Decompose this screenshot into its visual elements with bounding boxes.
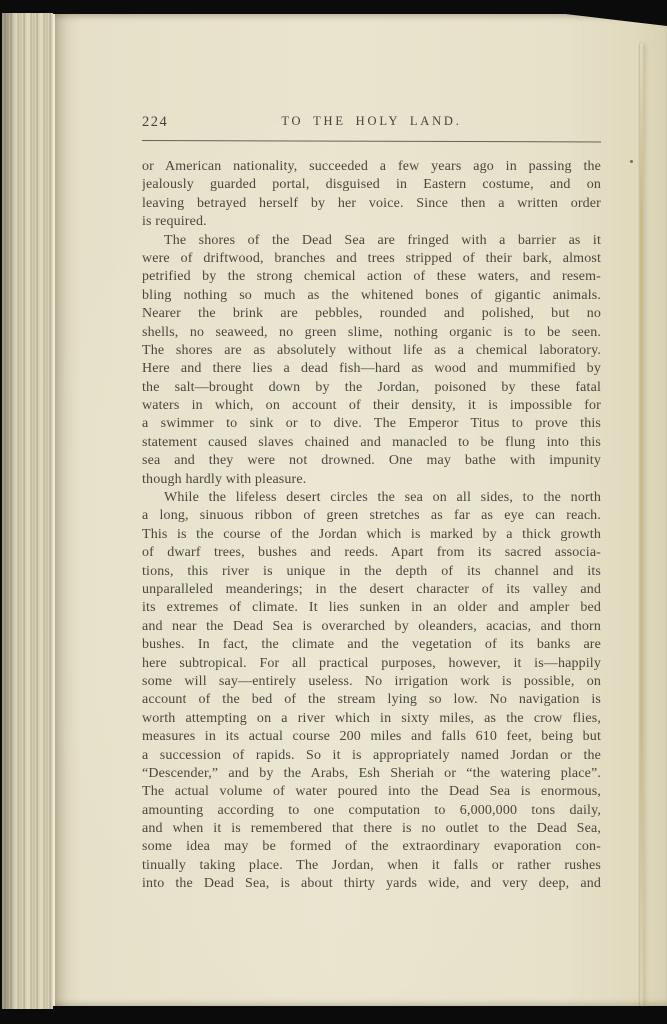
book-page: 224 TO THE HOLY LAND. or American nation… — [53, 14, 667, 1006]
text-line: The actual volume of water poured into t… — [142, 783, 601, 801]
page-number: 224 — [142, 114, 168, 131]
paragraph: or American nationality, succeeded a few… — [142, 158, 601, 232]
text-line: leaving betrayed herself by her voice. S… — [142, 195, 601, 213]
text-line: This is the course of the Jordan which i… — [142, 526, 601, 544]
text-line: Nearer the brink are pebbles, rounded an… — [142, 305, 601, 323]
text-line: a long, sinuous ribbon of green stretche… — [142, 507, 601, 525]
text-line: of dwarf trees, bushes and reeds. Apart … — [142, 544, 601, 562]
text-line: tions, this river is unique in the depth… — [142, 563, 601, 581]
text-line: here subtropical. For all practical purp… — [142, 655, 601, 673]
text-line: a succession of rapids. So it is appropr… — [142, 747, 601, 765]
text-line: some idea may be formed of the extraordi… — [142, 838, 601, 856]
paragraph: While the lifeless desert circles the se… — [142, 489, 601, 894]
text-line: Here and there lies a dead fish—hard as … — [142, 360, 601, 378]
text-line: waters in which, on account of their den… — [142, 397, 601, 415]
header-rule — [142, 140, 601, 142]
page-body: or American nationality, succeeded a few… — [142, 158, 601, 894]
text-line: “Descender,” and by the Arabs, Esh Sheri… — [142, 765, 601, 783]
page-edge-stack — [2, 13, 53, 1009]
text-line: some will say—entirely useless. No irrig… — [142, 673, 601, 691]
text-line: is required. — [142, 213, 601, 231]
text-line: bushes. In fact, the climate and the veg… — [142, 636, 601, 654]
text-line: shells, no seaweed, no green slime, noth… — [142, 324, 601, 342]
text-line: were of driftwood, branches and trees st… — [142, 250, 601, 268]
text-line: worth attempting on a river which in six… — [142, 710, 601, 728]
text-line: petrified by the strong chemical action … — [142, 268, 601, 286]
text-line: jealously guarded portal, disguised in E… — [142, 176, 601, 194]
book-scan: 224 TO THE HOLY LAND. or American nation… — [0, 0, 667, 1024]
text-line: sea and they were not drowned. One may b… — [142, 452, 601, 470]
text-line: measures in its actual course 200 miles … — [142, 728, 601, 746]
running-title: TO THE HOLY LAND. — [142, 114, 601, 129]
text-line: though hardly with pleasure. — [142, 471, 601, 489]
text-line: and near the Dead Sea is overarched by o… — [142, 618, 601, 636]
text-line: unparalleled meanderings; in the desert … — [142, 581, 601, 599]
text-line: The shores of the Dead Sea are fringed w… — [142, 232, 601, 250]
text-line: its extremes of climate. It lies sunken … — [142, 599, 601, 617]
page-header: 224 TO THE HOLY LAND. — [142, 114, 601, 130]
text-line: statement caused slaves chained and mana… — [142, 434, 601, 452]
text-line: or American nationality, succeeded a few… — [142, 158, 601, 176]
paragraph: The shores of the Dead Sea are fringed w… — [142, 232, 601, 489]
text-line: and when it is remembered that there is … — [142, 820, 601, 838]
text-line: the salt—brought down by the Jordan, poi… — [142, 379, 601, 397]
text-line: The shores are as absolutely without lif… — [142, 342, 601, 360]
text-line: account of the bed of the stream lying s… — [142, 691, 601, 709]
text-line: amounting according to one computation t… — [142, 802, 601, 820]
text-line: a swimmer to sink or to dive. The Empero… — [142, 415, 601, 433]
text-line: into the Dead Sea, is about thirty yards… — [142, 875, 601, 893]
page-content: 224 TO THE HOLY LAND. or American nation… — [55, 14, 667, 1006]
text-line: bling nothing so much as the whitened bo… — [142, 287, 601, 305]
text-line: While the lifeless desert circles the se… — [142, 489, 601, 507]
text-line: tinually taking place. The Jordan, when … — [142, 857, 601, 875]
